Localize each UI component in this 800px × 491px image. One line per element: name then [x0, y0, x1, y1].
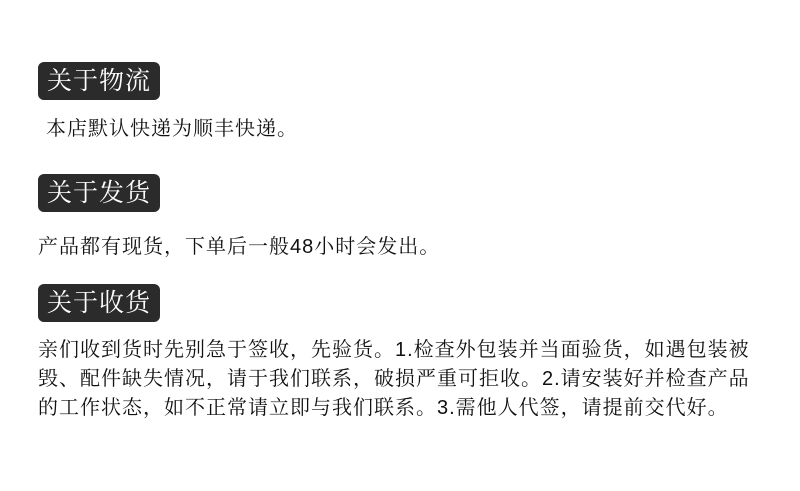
logistics-section-badge: 关于物流 — [38, 62, 160, 100]
store-notice-panel: 关于物流 本店默认快递为顺丰快递。 关于发货 产品都有现货，下单后一般48小时会… — [0, 0, 800, 491]
section-receiving: 关于收货 亲们收到货时先别急于签收，先验货。1.检查外包装并当面验货，如遇包装被… — [38, 284, 770, 423]
receiving-text-line-3: 的工作状态，如不正常请立即与我们联系。3.需他人代签，请提前交代好。 — [38, 394, 770, 423]
receiving-text: 亲们收到货时先别急于签收，先验货。1.检查外包装并当面验货，如遇包装被 毁、配件… — [38, 336, 770, 423]
receiving-text-line-1: 亲们收到货时先别急于签收，先验货。1.检查外包装并当面验货，如遇包装被 — [38, 336, 770, 365]
logistics-text: 本店默认快递为顺丰快递。 — [46, 114, 770, 144]
section-shipping: 关于发货 产品都有现货，下单后一般48小时会发出。 — [38, 174, 770, 262]
logistics-text-line: 本店默认快递为顺丰快递。 — [46, 114, 770, 144]
shipping-text-line: 产品都有现货，下单后一般48小时会发出。 — [38, 232, 770, 262]
receiving-section-badge: 关于收货 — [38, 284, 160, 322]
shipping-section-badge: 关于发货 — [38, 174, 160, 212]
shipping-text: 产品都有现货，下单后一般48小时会发出。 — [38, 232, 770, 262]
receiving-text-line-2: 毁、配件缺失情况，请于我们联系，破损严重可拒收。2.请安装好并检查产品 — [38, 365, 770, 394]
section-logistics: 关于物流 本店默认快递为顺丰快递。 — [38, 62, 770, 144]
